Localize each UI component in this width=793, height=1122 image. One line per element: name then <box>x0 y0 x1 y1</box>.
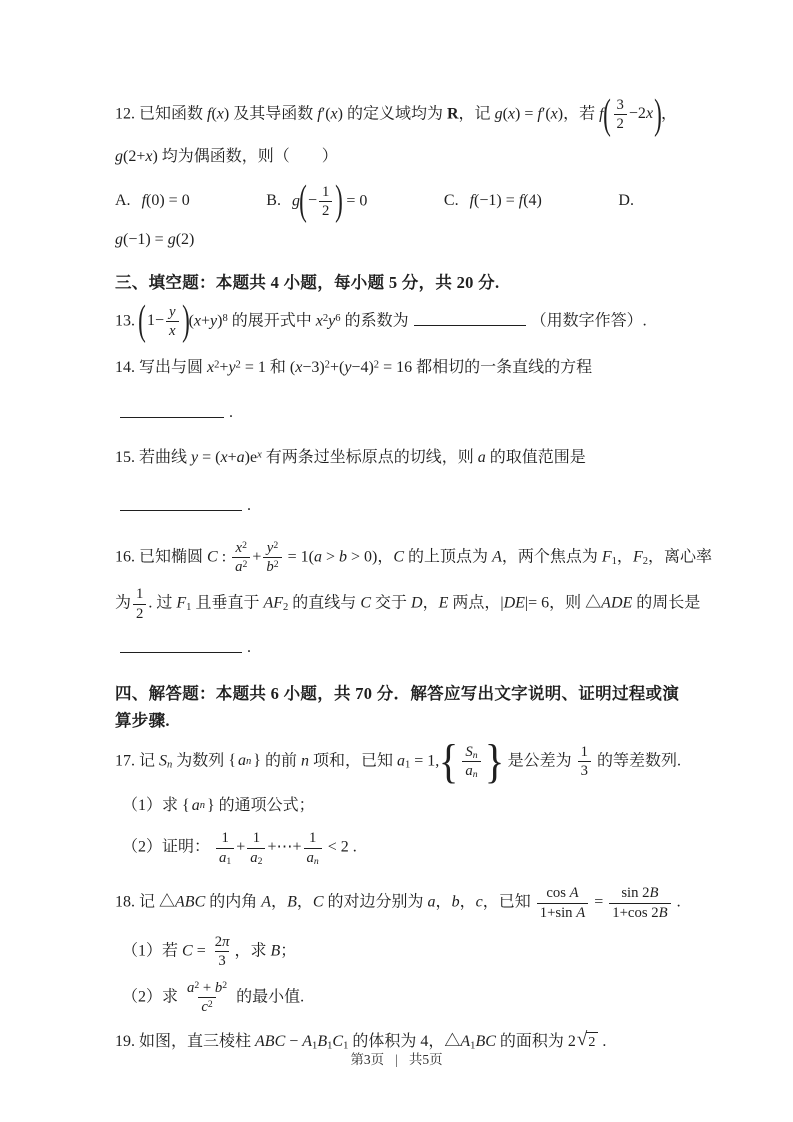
math-operator: 3 <box>581 763 588 779</box>
text-run: 18. 记 <box>115 894 159 911</box>
math-operator: cos <box>546 885 569 901</box>
math-variable: B <box>659 905 668 921</box>
math-variable: a <box>237 449 245 466</box>
math-bold-symbol: R <box>447 106 459 123</box>
math-operator: △ <box>159 894 175 911</box>
denominator: x <box>166 321 179 340</box>
text-run: 的通项公式； <box>215 797 315 814</box>
text-run: （1）若 <box>122 943 182 960</box>
superscript: 2 <box>222 980 227 991</box>
math-variable: A <box>261 894 271 911</box>
text-run: 的定义域均为 <box>343 106 447 123</box>
denominator: 2 <box>319 201 332 220</box>
math-operator: 2 <box>136 606 143 622</box>
numerator: y <box>166 303 179 321</box>
text-run: 为 <box>115 595 131 612</box>
footer-separator: | <box>395 1052 398 1067</box>
text-run: ，则 <box>549 595 585 612</box>
subscript: n <box>314 856 319 867</box>
math-operator: 1 <box>253 830 260 846</box>
fraction: yx <box>166 303 179 341</box>
open-brace-icon: { <box>182 794 190 819</box>
denominator: 1+sin A <box>537 903 589 922</box>
answer-blank <box>414 311 526 326</box>
text-run: 14. 写出与圆 <box>115 359 207 376</box>
math-variable: BC <box>475 1033 495 1050</box>
open-paren-icon: ( <box>138 304 146 338</box>
math-variable: a <box>428 894 436 911</box>
text-run: 12. 已知函数 <box>115 106 207 123</box>
fence-content: an <box>190 794 207 819</box>
denominator: 3 <box>578 761 591 780</box>
close-paren-icon: ) <box>335 184 343 218</box>
denominator: 2 <box>133 604 146 623</box>
fence-content: Snan <box>458 743 484 781</box>
fence-content: −12 <box>306 183 336 221</box>
text-run: ， <box>617 548 633 565</box>
text-run: ，记 <box>459 106 495 123</box>
numerator: y2 <box>264 539 281 557</box>
q15-blank: . <box>115 494 689 519</box>
math-operator: = <box>193 943 210 960</box>
text-run: 交于 <box>371 595 411 612</box>
brace-group: {an} <box>228 749 261 774</box>
superscript: 2 <box>273 540 278 551</box>
math-operator: + <box>199 980 215 996</box>
fraction: y2b2 <box>263 539 281 577</box>
math-operator: = 1 <box>241 359 266 376</box>
q18-part1: （1）若 C = 2π3，求 B； <box>115 933 689 971</box>
paren-group: (−12) <box>300 183 342 221</box>
text-run: ， <box>271 894 287 911</box>
subscript: n <box>473 769 478 780</box>
numerator: sin 2B <box>618 884 661 902</box>
math-operator: )e <box>245 449 257 466</box>
q12-line-2: g(2+x) 均为偶函数，则（ ） <box>115 145 689 170</box>
math-operator: +( <box>330 359 344 376</box>
math-variable: B <box>287 894 297 911</box>
numerator: 1 <box>319 183 332 201</box>
math-operator: . <box>673 894 681 911</box>
math-operator: −2 <box>629 102 646 127</box>
text-run: 的取值范围是 <box>486 449 586 466</box>
math-operator: −4) <box>351 359 373 376</box>
math-variable: F <box>633 548 643 565</box>
math-operator: −3) <box>302 359 324 376</box>
math-variable: A <box>460 1033 470 1050</box>
fraction: 12 <box>133 585 146 623</box>
math-variable: x <box>646 102 653 127</box>
q17-line: 17. 记 Sn 为数列 {an} 的前 n 项和，已知 a1 = 1,{Sna… <box>115 742 689 781</box>
fence-content: an <box>236 749 253 774</box>
text-run: ， <box>297 894 313 911</box>
numerator: cos A <box>543 884 581 902</box>
math-variable: g <box>115 231 123 248</box>
choice-label: A. <box>115 189 131 214</box>
close-paren-icon: ) <box>654 98 662 132</box>
text-run: （1）求 <box>122 797 182 814</box>
page-footer: 第3页|共5页 <box>0 1048 793 1068</box>
denominator: b2 <box>263 557 281 576</box>
text-run: 和 <box>266 359 290 376</box>
text-run: （2）证明： <box>122 839 214 856</box>
text-run: 16. 已知椭圆 <box>115 548 207 565</box>
math-operator: = 16 <box>379 359 412 376</box>
choice-content: g(−12) = 0 <box>292 183 367 221</box>
math-operator: 1 <box>221 830 228 846</box>
math-operator: 2 <box>568 1033 576 1050</box>
paren-group: (32−2x) <box>604 96 662 134</box>
math-operator: (−1) = <box>123 231 168 248</box>
open-brace-icon: { <box>439 742 459 781</box>
math-operator: △ <box>444 1033 460 1050</box>
math-variable: b <box>452 894 460 911</box>
denominator: a1 <box>216 848 234 867</box>
math-variable: g <box>115 148 123 165</box>
text-run: 三、填空题：本题共 4 小题，每小题 5 分，共 20 分. <box>115 273 499 292</box>
denominator: an <box>462 761 480 780</box>
math-variable: F <box>176 595 186 612</box>
math-variable: x <box>331 106 338 123</box>
text-run: 两点， <box>448 595 500 612</box>
math-variable: a <box>238 749 246 774</box>
text-run: （用数字作答）. <box>531 312 647 329</box>
fraction: 12 <box>319 183 332 221</box>
math-variable: S <box>159 753 167 770</box>
math-operator: + <box>236 839 245 856</box>
q17-part2: （2）证明： 1a1+1a2+⋯+1an < 2 . <box>115 829 689 867</box>
fraction: 1a1 <box>216 829 234 867</box>
text-run: 的等差数列. <box>593 753 681 770</box>
math-variable: y <box>169 304 176 320</box>
math-operator: (2) <box>176 231 195 248</box>
math-operator: 1 <box>581 744 588 760</box>
math-variable: C <box>393 548 404 565</box>
math-operator: + <box>252 548 261 565</box>
q17-part1: （1）求 {an} 的通项公式； <box>115 794 689 819</box>
choice-label: B. <box>266 189 281 214</box>
math-variable: a <box>314 548 322 565</box>
answer-blank <box>120 496 242 511</box>
math-variable: x <box>220 449 227 466</box>
choice-label: D. <box>618 189 634 214</box>
answer-blank <box>120 638 242 653</box>
text-run: 的对边分别为 <box>324 894 428 911</box>
math-variable: c <box>476 894 483 911</box>
numerator: a2 + b2 <box>184 979 230 997</box>
superscript: 2 <box>208 999 213 1010</box>
close-brace-icon: } <box>484 742 504 781</box>
numerator: 1 <box>578 743 591 761</box>
denominator: 2 <box>614 114 627 133</box>
subscript: 1 <box>226 856 231 867</box>
text-run: ，求 <box>234 943 270 960</box>
numerator: 3 <box>614 96 627 114</box>
math-variable: ADE <box>601 595 632 612</box>
math-variable: S <box>465 744 472 760</box>
text-run: 均为偶函数，则（ ） <box>158 148 338 165</box>
q18-part2: （2）求 a2 + b2c2 的最小值. <box>115 979 689 1017</box>
numerator: x2 <box>233 539 250 557</box>
math-variable: A <box>570 885 579 901</box>
text-run: ， <box>436 894 452 911</box>
denominator: 1+cos 2B <box>609 903 670 922</box>
fraction: cos A1+sin A <box>537 884 589 922</box>
choice-label: C. <box>444 189 459 214</box>
math-operator: ′( <box>542 106 551 123</box>
numerator: 1 <box>250 829 263 847</box>
close-brace-icon: } <box>253 749 261 774</box>
close-paren-icon: ) <box>182 304 190 338</box>
math-operator: |= 6 <box>525 595 549 612</box>
math-variable: E <box>439 595 449 612</box>
text-run: 的周长是 <box>632 595 700 612</box>
math-variable: C <box>360 595 371 612</box>
math-variable: π <box>222 934 229 950</box>
math-operator: = 0 <box>342 192 367 209</box>
choice-content: f(0) = 0 <box>142 189 190 214</box>
radical-icon: √ <box>577 1030 587 1050</box>
page-number: 第3页 <box>350 1052 384 1067</box>
text-run: 为数列 <box>172 753 228 770</box>
text-run: ， <box>661 106 677 123</box>
text-run: 的最小值. <box>232 988 304 1005</box>
exam-content: 12. 已知函数 f(x) 及其导函数 f′(x) 的定义域均为 R，记 g(x… <box>0 0 793 1054</box>
q16-line-2: 为12. 过 F1 且垂直于 AF2 的直线与 C 交于 D，E 两点，|DE|… <box>115 585 689 623</box>
math-operator: 1− <box>147 309 164 334</box>
math-variable: A <box>492 548 502 565</box>
brace-group: {an} <box>182 794 215 819</box>
choice-C: C.f(−1) = f(4) <box>444 189 542 214</box>
math-operator: . <box>229 404 233 421</box>
q14-line-1: 14. 写出与圆 x2+y2 = 1 和 (x−3)2+(y−4)2 = 16 … <box>115 356 689 381</box>
math-operator: (0) = 0 <box>146 192 190 209</box>
math-operator: + <box>201 312 210 329</box>
math-variable: a <box>478 449 486 466</box>
math-operator: . <box>247 639 251 656</box>
math-variable: C <box>332 1033 343 1050</box>
sec4-header-1: 四、解答题：本题共 6 小题，共 70 分．解答应写出文字说明、证明过程或演 <box>115 681 689 707</box>
text-run: 的直线与 <box>288 595 360 612</box>
math-operator: = 1( <box>284 548 314 565</box>
text-run: 是公差为 <box>504 753 576 770</box>
math-operator: ) = <box>515 106 537 123</box>
math-operator: 2 <box>322 203 329 219</box>
math-variable: a <box>250 850 257 866</box>
math-operator: 1+cos 2 <box>612 905 658 921</box>
answer-blank <box>120 403 224 418</box>
math-variable: x <box>316 312 323 329</box>
math-operator: : <box>218 548 230 565</box>
q12-line-1: 12. 已知函数 f(x) 及其导函数 f′(x) 的定义域均为 R，记 g(x… <box>115 96 689 134</box>
math-variable: ABC <box>175 894 205 911</box>
math-variable: DE <box>504 595 525 612</box>
fraction: x2a2 <box>232 539 250 577</box>
fraction: 2π3 <box>212 933 233 971</box>
math-operator: + <box>228 449 237 466</box>
math-variable: B <box>650 885 659 901</box>
math-variable: a <box>307 850 314 866</box>
math-variable: x <box>217 106 224 123</box>
fraction: sin 2B1+cos 2B <box>609 884 670 922</box>
fraction: 32 <box>614 96 627 134</box>
math-operator: 2 <box>215 934 222 950</box>
q18-line: 18. 记 △ABC 的内角 A，B，C 的对边分别为 a，b，c，已知 cos… <box>115 884 689 922</box>
exam-page: 12. 已知函数 f(x) 及其导函数 f′(x) 的定义域均为 R，记 g(x… <box>0 0 793 1054</box>
math-operator: = ( <box>198 449 220 466</box>
text-run: 的前 <box>261 753 301 770</box>
math-variable: C <box>182 943 193 960</box>
denominator: a2 <box>232 557 250 576</box>
fraction: a2 + b2c2 <box>184 979 230 1017</box>
subscript: 2 <box>258 856 263 867</box>
text-run: ， <box>460 894 476 911</box>
text-run: 17. 记 <box>115 753 159 770</box>
brace-group: {Snan} <box>439 742 503 781</box>
numerator: 2π <box>212 933 233 951</box>
math-operator: = <box>590 894 607 911</box>
math-operator: − <box>308 189 317 214</box>
subscript: n <box>473 750 478 761</box>
math-variable: AF <box>263 595 283 612</box>
fraction: 13 <box>578 743 591 781</box>
text-run: 过 <box>156 595 176 612</box>
math-operator: △ <box>585 595 601 612</box>
text-run: 项和，已知 <box>309 753 397 770</box>
math-operator: = 1, <box>410 753 439 770</box>
text-run: 的面积为 <box>496 1033 568 1050</box>
q16-blank: . <box>115 636 689 661</box>
text-run: ， <box>423 595 439 612</box>
math-variable: D <box>411 595 423 612</box>
math-operator: ′( <box>322 106 331 123</box>
q15-line-1: 15. 若曲线 y = (x+a)ex 有两条过坐标原点的切线，则 a 的取值范… <box>115 446 689 471</box>
sec4-header-2: 算步骤. <box>115 708 689 734</box>
math-operator: . <box>247 497 251 514</box>
superscript: 2 <box>242 540 247 551</box>
page-total: 共5页 <box>409 1052 443 1067</box>
fence-content: 1−yx <box>145 303 183 341</box>
numerator: Sn <box>462 743 480 761</box>
math-variable: C <box>207 548 218 565</box>
math-operator: (4) <box>523 192 542 209</box>
math-operator: sin 2 <box>621 885 649 901</box>
open-paren-icon: ( <box>603 98 611 132</box>
math-variable: ABC <box>255 1033 285 1050</box>
text-run: ； <box>280 943 296 960</box>
text-run: （2）求 <box>122 988 182 1005</box>
q14-blank: . <box>115 401 689 426</box>
superscript: 2 <box>243 559 248 570</box>
math-variable: a <box>397 753 405 770</box>
numerator: 1 <box>306 829 319 847</box>
sec3-header: 三、填空题：本题共 4 小题，每小题 5 分，共 20 分. <box>115 270 689 296</box>
fence-content: 32−2x <box>610 96 656 134</box>
math-operator: < 2 . <box>324 839 357 856</box>
math-operator: 1 <box>309 830 316 846</box>
math-operator: 3 <box>617 97 624 113</box>
denominator: 3 <box>215 951 228 970</box>
choice-content: f(−1) = f(4) <box>470 189 542 214</box>
math-variable: x <box>508 106 515 123</box>
choice-B: B.g(−12) = 0 <box>266 183 367 221</box>
math-operator: > 0) <box>347 548 377 565</box>
numerator: 1 <box>218 829 231 847</box>
text-run: 15. 若曲线 <box>115 449 191 466</box>
text-run: 及其导函数 <box>229 106 317 123</box>
open-brace-icon: { <box>228 749 236 774</box>
denominator: a2 <box>247 848 265 867</box>
math-operator: 1 <box>322 184 329 200</box>
q13-line: 13. (1−yx)(x+y)8 的展开式中 x2y6 的系数为（用数字作答）. <box>115 303 689 341</box>
superscript: 2 <box>274 559 279 570</box>
denominator: c2 <box>198 997 215 1016</box>
text-run: 的展开式中 <box>228 312 316 329</box>
math-variable: a <box>465 763 472 779</box>
math-variable: F <box>602 548 612 565</box>
math-variable: a <box>192 794 200 819</box>
text-run: ， <box>377 548 393 565</box>
text-run: 有两条过坐标原点的切线，则 <box>262 449 478 466</box>
q12-choices: A.f(0) = 0B.g(−12) = 0C.f(−1) = f(4)D. <box>115 183 689 221</box>
math-variable: a <box>235 559 242 575</box>
fraction: 1a2 <box>247 829 265 867</box>
math-operator: 2 <box>617 116 624 132</box>
fraction: Snan <box>462 743 480 781</box>
math-operator: 1+sin <box>540 905 577 921</box>
math-variable: g <box>168 231 176 248</box>
math-operator: . <box>598 1033 606 1050</box>
text-run: 19. 如图，直三棱柱 <box>115 1033 255 1050</box>
math-operator: − <box>285 1033 302 1050</box>
choice-D: D. <box>618 189 645 214</box>
math-operator: (2+ <box>123 148 145 165</box>
q12-choice-d-cont: g(−1) = g(2) <box>115 228 689 253</box>
text-run: 都相切的一条直线的方程 <box>412 359 592 376</box>
paren-group: (1−yx) <box>139 303 189 341</box>
math-variable: A <box>302 1033 312 1050</box>
choice-A: A.f(0) = 0 <box>115 189 190 214</box>
close-brace-icon: } <box>207 794 215 819</box>
math-variable: b <box>339 548 347 565</box>
text-run: ，离心率 <box>648 548 712 565</box>
text-run: 且垂直于 <box>191 595 263 612</box>
open-paren-icon: ( <box>299 184 307 218</box>
text-run: ，两个焦点为 <box>502 548 602 565</box>
math-variable: x <box>194 312 201 329</box>
text-run: 四、解答题：本题共 6 小题，共 70 分．解答应写出文字说明、证明过程或演 <box>115 684 679 703</box>
text-run: 的上顶点为 <box>404 548 492 565</box>
math-operator: 1 <box>136 586 143 602</box>
text-run: 13. <box>115 312 139 329</box>
math-variable: A <box>576 905 585 921</box>
math-variable: y <box>228 359 235 376</box>
math-variable: b <box>266 559 273 575</box>
q16-line-1: 16. 已知椭圆 C : x2a2+y2b2 = 1(a > b > 0)，C … <box>115 539 689 577</box>
math-operator: 3 <box>218 953 225 969</box>
math-variable: x <box>551 106 558 123</box>
math-variable: B <box>270 943 280 960</box>
math-operator: +⋯+ <box>267 839 301 856</box>
denominator: an <box>304 848 322 867</box>
fraction: 1an <box>304 829 322 867</box>
numerator: 1 <box>133 585 146 603</box>
text-run: ，已知 <box>483 894 535 911</box>
math-variable: n <box>301 753 309 770</box>
text-run: ，若 <box>563 106 599 123</box>
math-variable: B <box>317 1033 327 1050</box>
math-variable: g <box>495 106 503 123</box>
